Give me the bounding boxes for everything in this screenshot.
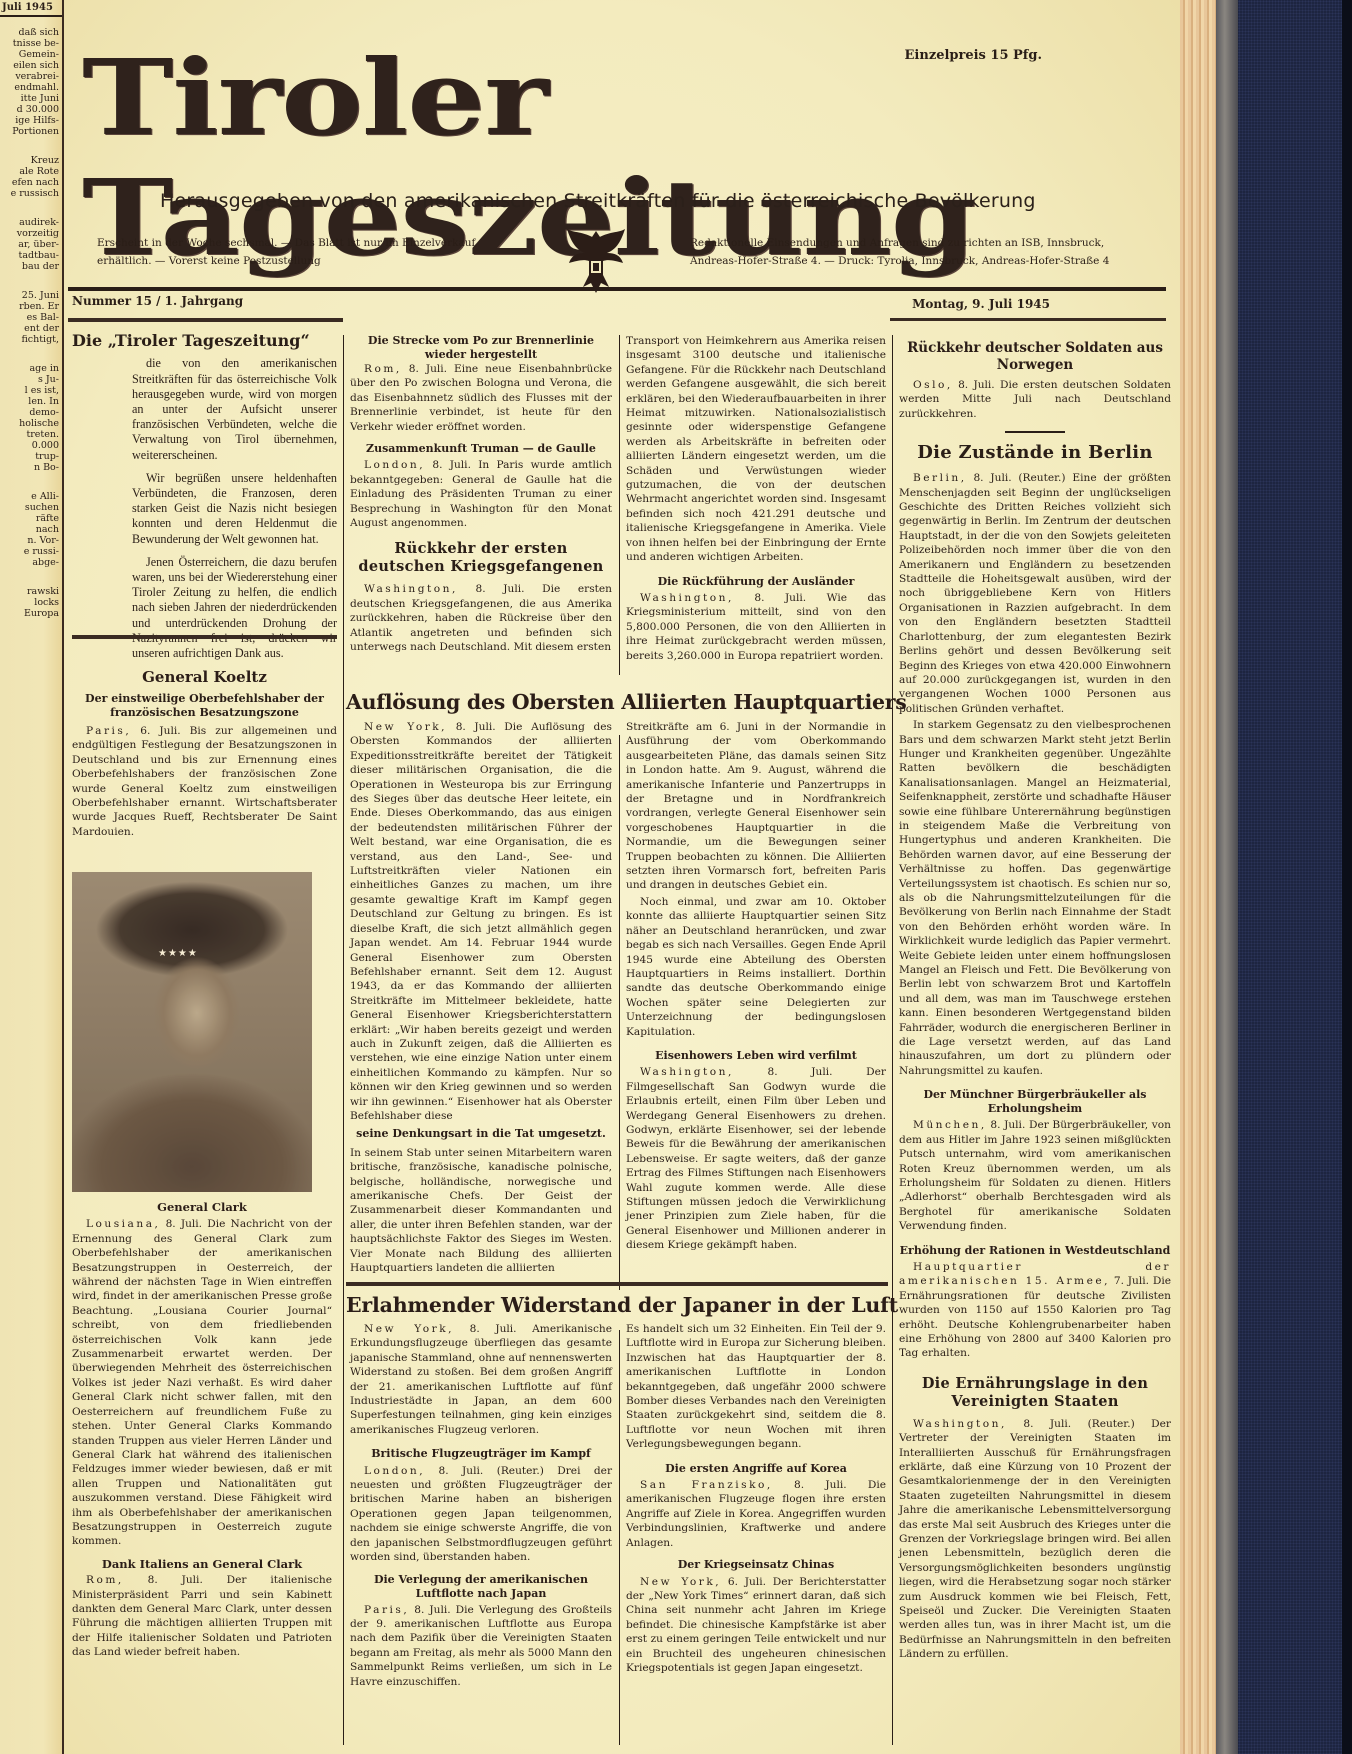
previous-page-fragment: eilen sich	[0, 60, 59, 71]
article-paragraph: Jenen Österreichern, die dazu berufen wa…	[132, 555, 337, 661]
previous-page-fragment: trup-	[0, 451, 59, 462]
previous-page-fragment: Kreuz	[0, 155, 59, 166]
column-rule	[892, 335, 893, 1745]
article-subheadline: seine Denkungsart in die Tat umgesetzt.	[350, 1127, 612, 1141]
dateline-location: Washington,	[640, 1066, 734, 1078]
article-japan-air-col1: New York, 8. Juli. Amerikanische Erkundu…	[350, 1322, 612, 1691]
previous-page-fragment: ent der	[0, 323, 59, 334]
previous-page-fragment: ige Hilfs-	[0, 115, 59, 126]
dateline-location: München,	[913, 1119, 987, 1131]
book-cover	[1238, 0, 1352, 1754]
photo-caption: General Clark	[72, 1200, 332, 1214]
previous-page-fragment: e Alli-	[0, 491, 59, 502]
article-body: 8. Juli. Der Filmgesellschaft San Godwyn…	[626, 1066, 886, 1251]
article-body: 8. Juli. Amerikanische Erkundungsflugzeu…	[350, 1323, 612, 1436]
previous-page-fragment: tnisse be-	[0, 38, 59, 49]
previous-page-fragment: fichtigt,	[0, 334, 59, 345]
publication-notice: Erscheint in der Woche sechsmal. — Das B…	[97, 234, 477, 270]
previous-page-fragment: räfte	[0, 513, 59, 524]
headline-shaef: Auflösung des Obersten Alliierten Hauptq…	[346, 690, 890, 714]
previous-page-fragment: endmahl.	[0, 82, 59, 93]
previous-page-fragment: es Bal-	[0, 312, 59, 323]
previous-page-fragment: rawski	[0, 586, 59, 597]
article-subheadline: Der einstweilige Oberbefehlshaber der fr…	[72, 692, 337, 720]
previous-page-fragment: age in	[0, 363, 59, 374]
previous-page-fragment: d 30.000	[0, 104, 59, 115]
article-headline: Der Kriegseinsatz Chinas	[626, 1558, 886, 1572]
previous-page-fragment: locks	[0, 597, 59, 608]
article-shaef-col2: Streitkräfte am 6. Juni in der Normandie…	[626, 720, 886, 1255]
article-headline: Rückkehr der ersten deutschen Kriegsgefa…	[350, 540, 612, 576]
article-headline: Dank Italiens an General Clark	[72, 1557, 332, 1571]
article-body: 8. Juli. (Reuter.) Der Vertreter der Ver…	[899, 1418, 1171, 1661]
previous-page-fragment: ar, über-	[0, 239, 59, 250]
book-page-edges	[1180, 0, 1216, 1754]
previous-page-fragment: s Ju-	[0, 374, 59, 385]
masthead-rule	[68, 287, 1166, 291]
dateline-location: Paris,	[86, 725, 131, 737]
previous-page-fragment: abge-	[0, 557, 59, 568]
article-body: 8. Juli. Der italienische Ministerpräsid…	[72, 1574, 332, 1658]
article-body: Noch einmal, und zwar am 10. Oktober kon…	[626, 895, 886, 1039]
divider	[72, 635, 337, 639]
previous-page-fragment: 25. Juni	[0, 290, 59, 301]
article-body: Transport von Heimkehrern aus Amerika re…	[626, 334, 886, 565]
article-shaef-col1: New York, 8. Juli. Die Auflösung des Obe…	[350, 720, 612, 1277]
previous-page-fragment: e russi-	[0, 546, 59, 557]
article-headline: Die Ernährungslage in den Vereinigten St…	[899, 1375, 1171, 1411]
previous-page-fragment: 0.000	[0, 440, 59, 451]
column-3-top: Transport von Heimkehrern aus Amerika re…	[626, 334, 886, 665]
previous-page-date: Juli 1945	[0, 0, 62, 17]
divider	[68, 318, 343, 322]
price-label: Einzelpreis 15 Pfg.	[905, 48, 1042, 63]
dateline-location: New York,	[640, 1576, 721, 1588]
previous-page-fragment: nach	[0, 524, 59, 535]
article-body: In starkem Gegensatz zu den vielbesproch…	[899, 718, 1171, 1078]
column-rule	[619, 335, 620, 675]
previous-page-fragment: vorzeitig	[0, 228, 59, 239]
dateline-location: Paris,	[364, 1604, 409, 1616]
article-body: 8. Juli. (Reuter.) Drei der neuesten und…	[350, 1465, 612, 1563]
article-headline: General Koeltz	[72, 668, 337, 686]
previous-page-fragment: Portionen	[0, 126, 59, 137]
article-body: 6. Juli. Der Berichterstatter der „New Y…	[626, 1576, 886, 1674]
dateline-location: London,	[364, 1465, 425, 1477]
article-headline: Die Verlegung der amerikanischen Luftflo…	[350, 1573, 612, 1601]
dateline-location: Oslo,	[913, 379, 953, 391]
editorial-address: Redaktionelle Einsendungen und Anfragen …	[690, 234, 1130, 270]
previous-page-fragments: daß sichtnisse be-Gemein-eilen sichverab…	[0, 27, 62, 619]
dateline-location: Berlin,	[913, 472, 967, 484]
previous-page-fragment: bau der	[0, 261, 59, 272]
previous-page-fragment: n. Vor-	[0, 535, 59, 546]
article-headline: Die Strecke vom Po zur Brennerlinie wied…	[350, 334, 612, 362]
dateline-location: Washington,	[364, 583, 458, 595]
article-body: In seinem Stab unter seinen Mitarbeitern…	[350, 1146, 612, 1276]
previous-page-fragment: rben. Er	[0, 301, 59, 312]
article-headline: Erhöhung der Rationen in Westdeutschland	[899, 1244, 1171, 1258]
general-clark-photo: ★★★★	[72, 872, 312, 1192]
dateline-location: Washington,	[640, 592, 734, 604]
article-body: Streitkräfte am 6. Juni in der Normandie…	[626, 720, 886, 893]
dateline-location: London,	[364, 459, 425, 471]
book-binding	[1216, 0, 1238, 1754]
previous-page-fragment: Europa	[0, 608, 59, 619]
previous-page-fragment: demo-	[0, 407, 59, 418]
previous-page-fragment: suchen	[0, 502, 59, 513]
dateline-location: New York,	[364, 721, 447, 733]
issue-date: Montag, 9. Juli 1945	[912, 297, 1050, 311]
previous-page-fragment: holische	[0, 418, 59, 429]
article-body: 6. Juli. Bis zur allgemeinen und endgült…	[72, 725, 337, 838]
dateline-location: Washington,	[913, 1418, 1007, 1430]
previous-page-fragment: n Bo-	[0, 462, 59, 473]
article-general-clark: General Clark Lousiana, 8. Juli. Die Nac…	[72, 1200, 332, 1662]
article-body: 7. Juli. Die Ernährungsrationen für deut…	[899, 1275, 1171, 1359]
article-body: 8. Juli. Der Bürgerbräukeller, von dem a…	[899, 1119, 1171, 1232]
column-4: Rückkehr deutscher Soldaten aus Norwegen…	[899, 340, 1171, 1664]
headline-japan-air: Erlahmender Widerstand der Japaner in de…	[346, 1293, 890, 1317]
article-headline: Die Rückführung der Ausländer	[626, 575, 886, 589]
previous-page-fragment: audirek-	[0, 217, 59, 228]
article-general-koeltz: General Koeltz Der einstweilige Oberbefe…	[72, 668, 337, 841]
previous-page-fragment: tadtbau-	[0, 250, 59, 261]
article-tiroler-tageszeitung: Die „Tiroler Tageszeitung“ die von den a…	[72, 334, 337, 669]
article-body: 8. Juli. Die Nachricht von der Ernennung…	[72, 1218, 332, 1547]
dateline-location: Rom,	[86, 1574, 124, 1586]
newspaper-page: Juli 1945 daß sichtnisse be-Gemein-eilen…	[0, 0, 1180, 1754]
divider	[346, 1282, 888, 1286]
article-headline: Die Zustände in Berlin	[899, 443, 1171, 463]
article-headline: Zusammenkunft Truman — de Gaulle	[350, 442, 612, 456]
article-headline: Britische Flugzeugträger im Kampf	[350, 1447, 612, 1461]
dateline-location: Rom,	[364, 363, 402, 375]
article-body: 8. Juli. Die Auflösung des Obersten Komm…	[350, 721, 612, 1122]
previous-page-fragment: len. In	[0, 396, 59, 407]
previous-page-fragment: ale Rote	[0, 166, 59, 177]
column-rule	[619, 735, 620, 1290]
column-rule	[343, 335, 344, 1745]
article-headline: Eisenhowers Leben wird verfilmt	[626, 1049, 886, 1063]
issue-number: Nummer 15 / 1. Jahrgang	[72, 294, 243, 308]
article-paragraph: die von den amerikanischen Streitkräften…	[132, 356, 337, 462]
previous-page-strip: Juli 1945 daß sichtnisse be-Gemein-eilen…	[0, 0, 64, 1754]
previous-page-fragment: efen nach	[0, 177, 59, 188]
article-body: 8. Juli. Die Verlegung des Großteils der…	[350, 1604, 612, 1688]
previous-page-fragment: e russisch	[0, 188, 59, 199]
article-headline: Rückkehr deutscher Soldaten aus Norwegen	[899, 340, 1171, 374]
previous-page-fragment: treten.	[0, 429, 59, 440]
eagle-icon	[565, 225, 627, 295]
article-paragraph: Wir begrüßen unsere heldenhaften Verbünd…	[132, 471, 337, 547]
previous-page-fragment: daß sich	[0, 27, 59, 38]
previous-page-fragment: itte Juni	[0, 93, 59, 104]
masthead-subtitle: Herausgegeben von den amerikanischen Str…	[160, 190, 1060, 212]
previous-page-fragment: Gemein-	[0, 49, 59, 60]
dateline-location: San Franzisko,	[640, 1479, 773, 1491]
divider	[890, 318, 1166, 321]
article-headline: Der Münchner Bürgerbräukeller als Erholu…	[899, 1088, 1171, 1116]
article-japan-air-col2: Es handelt sich um 32 Einheiten. Ein Tei…	[626, 1322, 886, 1677]
rank-stars-icon: ★★★★	[158, 948, 198, 959]
dateline-location: Lousiana,	[86, 1218, 160, 1230]
article-headline: Die ersten Angriffe auf Korea	[626, 1462, 886, 1476]
dateline-location: New York,	[364, 1323, 454, 1335]
previous-page-fragment: verabrei-	[0, 71, 59, 82]
column-2-top: Die Strecke vom Po zur Brennerlinie wied…	[350, 334, 612, 657]
previous-page-fragment: l es ist,	[0, 385, 59, 396]
column-rule	[619, 1330, 620, 1745]
article-body: 8. Juli. (Reuter.) Eine der größten Mens…	[899, 472, 1171, 715]
divider	[1005, 431, 1065, 433]
article-headline: Die „Tiroler Tageszeitung“	[72, 334, 337, 348]
article-body: Es handelt sich um 32 Einheiten. Ein Tei…	[626, 1322, 886, 1452]
